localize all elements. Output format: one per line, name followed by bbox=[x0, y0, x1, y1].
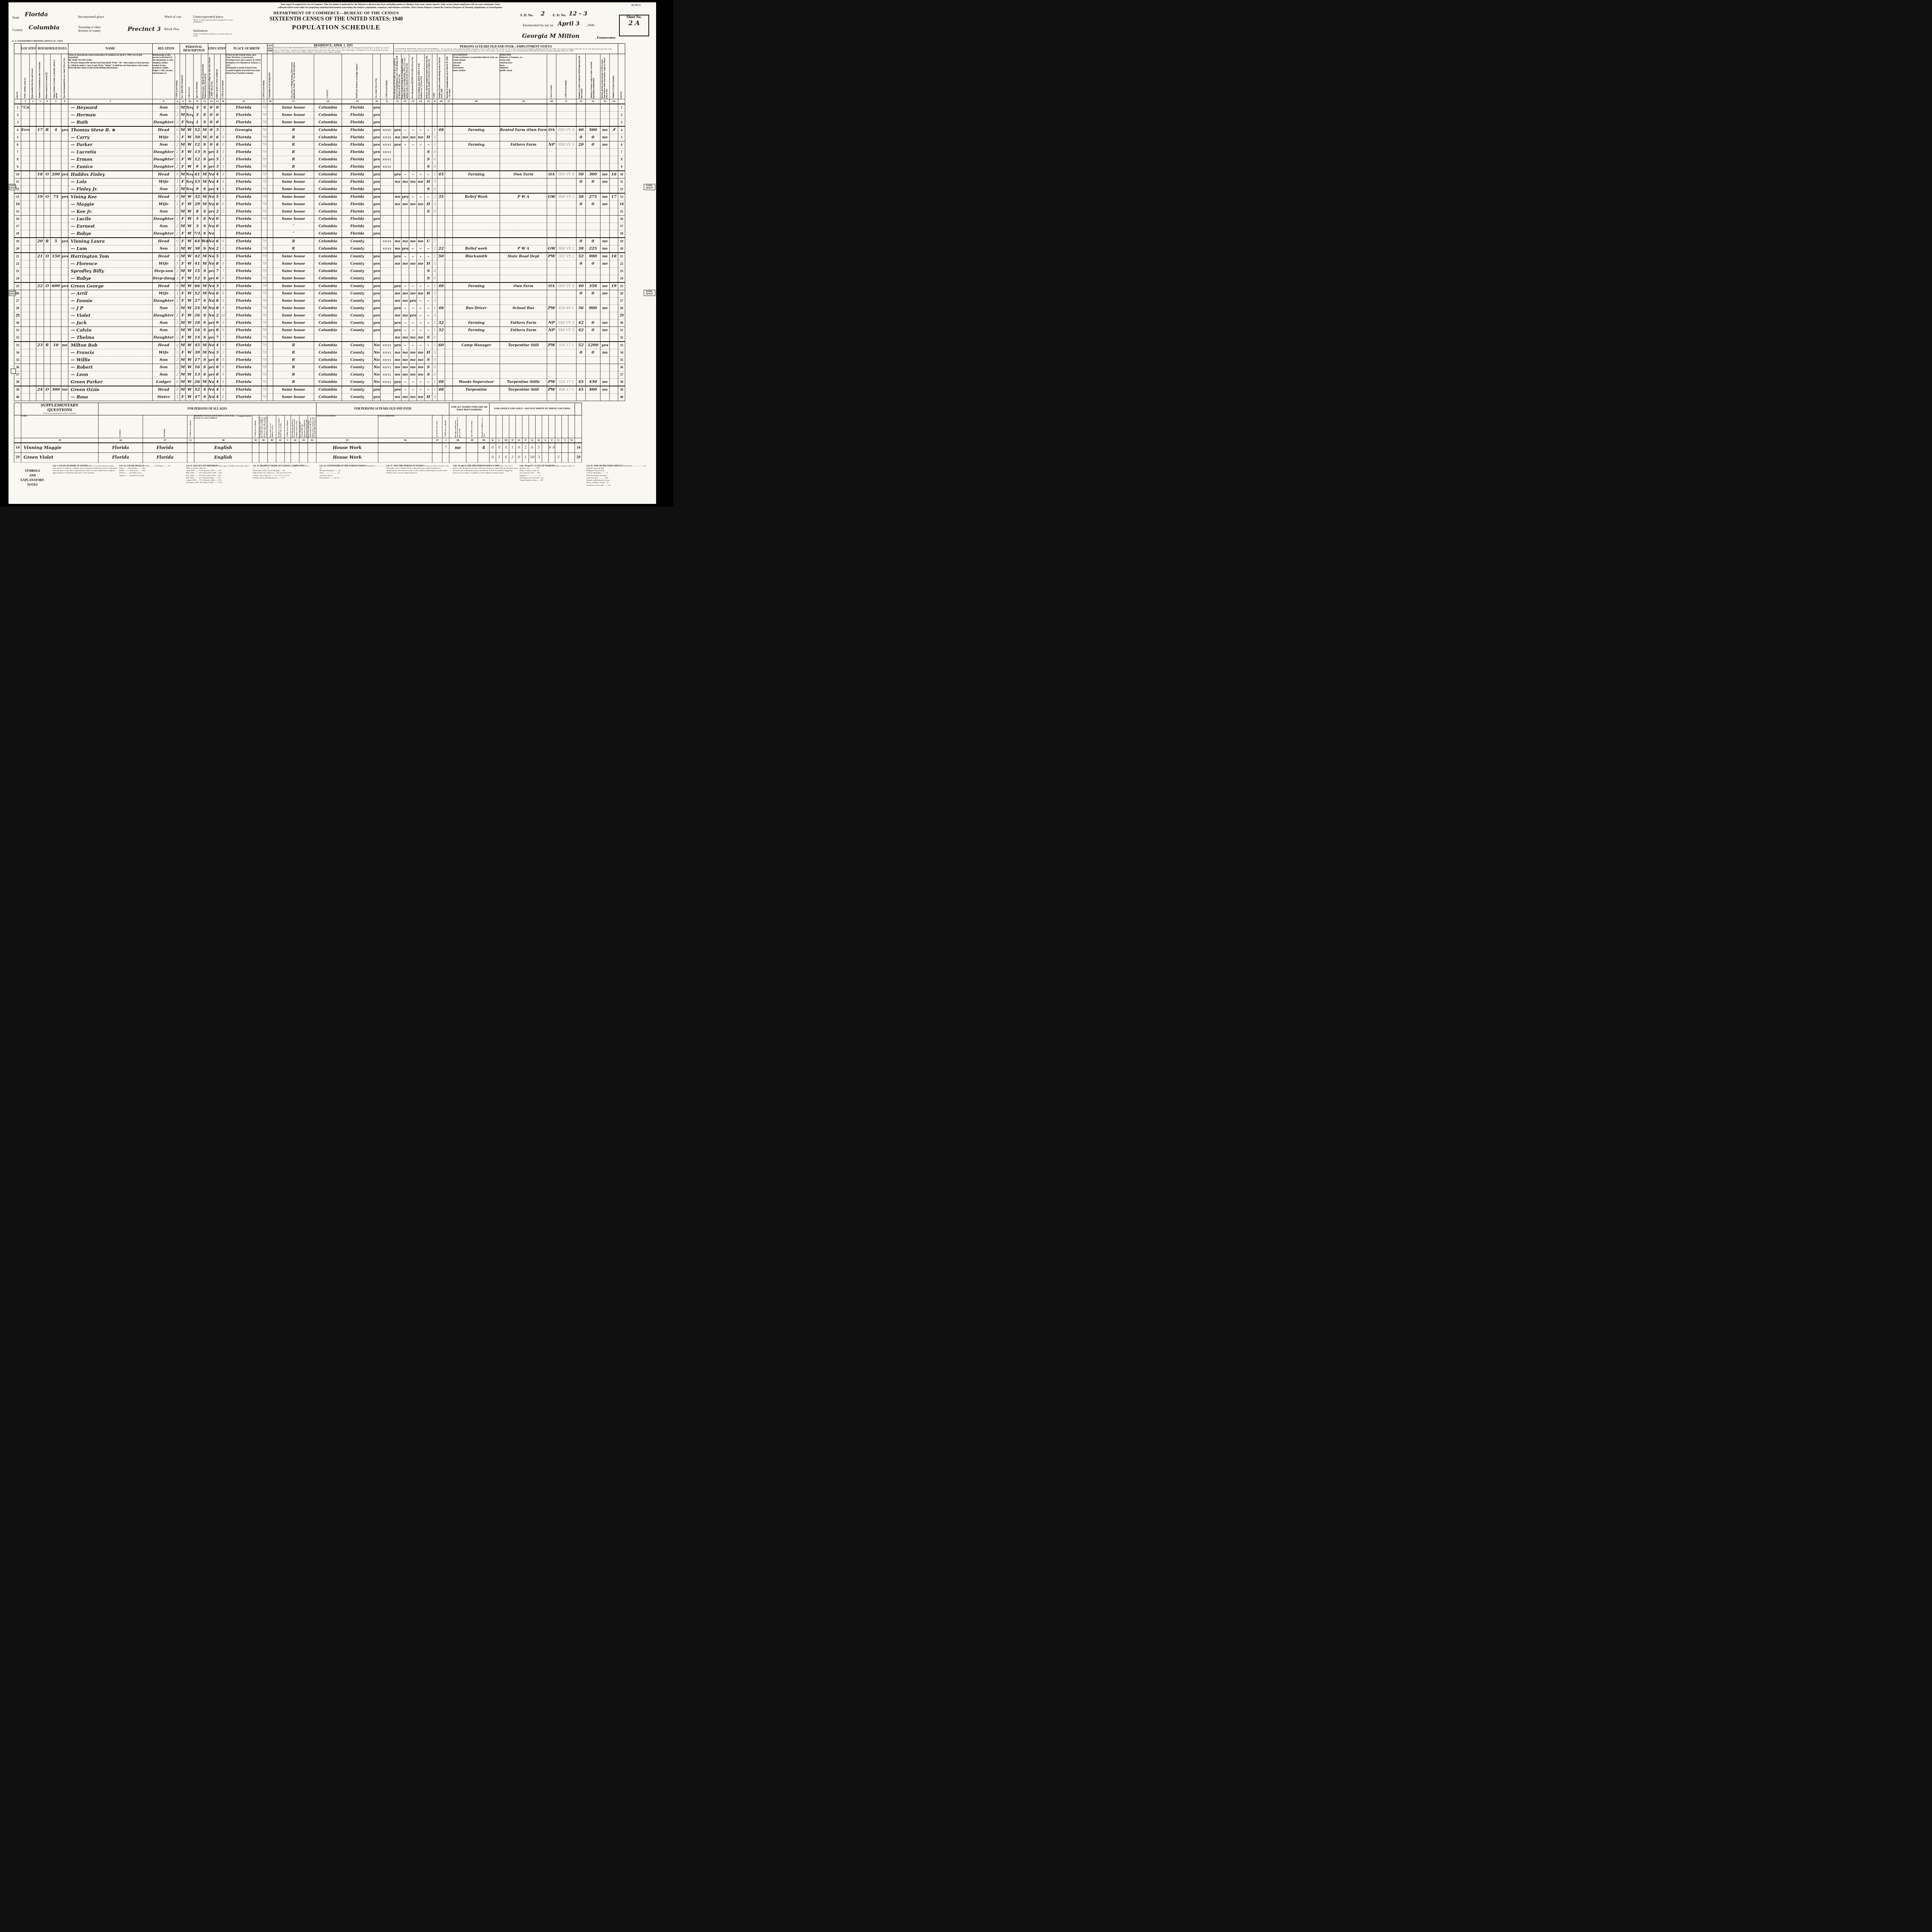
cell-wag: 0 bbox=[586, 141, 600, 148]
cell-house bbox=[30, 319, 36, 327]
cell-oth bbox=[600, 156, 610, 163]
cell-resco: Columbia bbox=[314, 223, 342, 230]
cell-own bbox=[44, 208, 51, 215]
cell-resf: yes bbox=[373, 275, 381, 282]
cell-resc: Same house bbox=[273, 178, 314, 185]
cell-bp: Florida bbox=[226, 349, 262, 356]
suppl-cell-ind bbox=[378, 443, 432, 453]
cell-resf bbox=[373, 238, 381, 245]
cell-q24: no bbox=[417, 334, 425, 342]
cell-street bbox=[21, 245, 30, 253]
cell-q21: yes bbox=[394, 327, 401, 334]
col-number: 10 bbox=[186, 99, 194, 104]
cell-street bbox=[21, 378, 30, 386]
cell-occ bbox=[453, 349, 500, 356]
cell-ln: 20 bbox=[14, 245, 21, 253]
cell-ec bbox=[432, 111, 437, 119]
cell-q21 bbox=[394, 148, 401, 156]
cell-oth bbox=[600, 215, 610, 223]
table-row: 2522O600yesGreen GeorgeHead0MW66MNo33Flo… bbox=[14, 282, 625, 290]
cell-d: XOV1 bbox=[381, 349, 394, 356]
cell-resst: Florida bbox=[342, 193, 373, 201]
cell-d bbox=[381, 319, 394, 327]
cell-oth: no bbox=[600, 253, 610, 260]
cell-race: W bbox=[186, 378, 194, 386]
cell-wag: 275 bbox=[586, 193, 600, 201]
cell-mar: M bbox=[201, 193, 208, 201]
cell-house bbox=[30, 111, 36, 119]
cell-cc: 79 bbox=[262, 267, 267, 275]
cell-fc: 988 V9 2 bbox=[556, 193, 577, 201]
cell-cls: OA bbox=[547, 126, 556, 134]
caption-oth: Did this person receive income of $50 or… bbox=[600, 54, 610, 99]
cell-house bbox=[30, 148, 36, 156]
cell-q23 bbox=[409, 275, 417, 282]
suppl-cell-k4: 2 bbox=[509, 452, 516, 462]
cell-bp: Florida bbox=[226, 230, 262, 238]
cell-resco: Columbia bbox=[314, 148, 342, 156]
cell-ln: 27 bbox=[14, 297, 21, 304]
cell-ln2: 31 bbox=[618, 327, 625, 334]
cell-house bbox=[30, 327, 36, 334]
cell-resf: No bbox=[373, 371, 381, 378]
cell-rc: 0 bbox=[175, 126, 180, 134]
cell-q21: yes bbox=[394, 141, 401, 148]
cell-oth: no bbox=[600, 304, 610, 312]
cell-wks: 0 bbox=[577, 134, 586, 141]
cell-age: 24 bbox=[194, 304, 201, 312]
cell-q22 bbox=[401, 223, 409, 230]
cell-resco: Columbia bbox=[314, 185, 342, 193]
cell-bc: 6 bbox=[221, 238, 226, 245]
cell-oth bbox=[600, 364, 610, 371]
cell-ind bbox=[500, 134, 547, 141]
cell-cls bbox=[547, 393, 556, 401]
cell-resf: yes bbox=[373, 327, 381, 334]
cell-fs bbox=[610, 156, 618, 163]
col-number: 7 bbox=[68, 99, 153, 104]
cell-q25: – bbox=[425, 327, 432, 334]
cell-fs bbox=[610, 134, 618, 141]
suppl-cell-k1: 0 bbox=[490, 452, 496, 462]
cell-house bbox=[30, 238, 36, 245]
cell-ln2: 40 bbox=[618, 393, 625, 401]
suppl-cell-h bbox=[252, 443, 259, 453]
cell-wag bbox=[586, 334, 600, 342]
cell-gr: 5 bbox=[214, 156, 221, 163]
cell-age: 3 bbox=[194, 111, 201, 119]
cell-wks: 0 bbox=[577, 178, 586, 185]
cell-q24: no bbox=[417, 134, 425, 141]
cell-hh bbox=[36, 201, 44, 208]
cell-resf: yes bbox=[373, 163, 381, 171]
cell-val: 10 bbox=[51, 342, 61, 349]
cell-hrs bbox=[437, 178, 445, 185]
cell-street bbox=[21, 238, 30, 245]
cell-age: 41 bbox=[194, 260, 201, 267]
suppl-group-14-over: FOR PERSONS 14 YEARS OLD AND OVER bbox=[316, 403, 449, 415]
cell-bp: Florida bbox=[226, 104, 262, 112]
cell-d bbox=[381, 193, 394, 201]
cell-resf: yes bbox=[373, 393, 381, 401]
cell-ec: 5 bbox=[432, 393, 437, 401]
cell-hrs bbox=[437, 208, 445, 215]
cell-ec: 2 bbox=[432, 193, 437, 201]
cell-bc: 5 bbox=[221, 193, 226, 201]
cell-occ: Farming bbox=[453, 171, 500, 179]
cell-age: 7/12 bbox=[194, 230, 201, 238]
cell-street bbox=[21, 193, 30, 201]
cell-wag: 0 bbox=[586, 319, 600, 327]
suppl-cell-mother: Florida bbox=[143, 452, 187, 462]
cell-house bbox=[30, 126, 36, 134]
cell-oth: no bbox=[600, 245, 610, 253]
cell-d bbox=[381, 260, 394, 267]
cell-oth bbox=[600, 393, 610, 401]
suppl-col-number: U bbox=[555, 438, 562, 443]
cell-sex: M bbox=[180, 371, 186, 378]
cell-ln: 7 bbox=[14, 148, 21, 156]
cell-rel: Son bbox=[153, 185, 175, 193]
form-number: 16-252 A bbox=[631, 4, 641, 7]
suppl-group-women: FOR ALL WOMEN WHO ARE OR HAVE BEEN MARRI… bbox=[449, 403, 490, 415]
cell-ln2: 3 bbox=[618, 119, 625, 126]
cell-cc: 79 bbox=[262, 282, 267, 290]
cell-street: “Contd” bbox=[21, 104, 30, 112]
col-number: 30 bbox=[547, 99, 556, 104]
suppl-cell-cls bbox=[432, 452, 442, 462]
cell-q24: – bbox=[417, 327, 425, 334]
cell-q21: no bbox=[394, 201, 401, 208]
cell-ind: P W A bbox=[500, 245, 547, 253]
cell-q21: no bbox=[394, 193, 401, 201]
cell-ln: 3 bbox=[14, 119, 21, 126]
note-col41-body: World War ....................... W Span… bbox=[586, 465, 646, 486]
cell-fs bbox=[610, 371, 618, 378]
cell-resc: Same house bbox=[273, 327, 314, 334]
cell-wks bbox=[577, 223, 586, 230]
cell-oth: no bbox=[600, 282, 610, 290]
cell-rc: 2 bbox=[175, 111, 180, 119]
cell-farm bbox=[61, 356, 68, 364]
cell-dur bbox=[445, 163, 453, 171]
cell-q22 bbox=[401, 156, 409, 163]
suppl-cell-k6: 2 bbox=[522, 443, 529, 453]
cell-q21 bbox=[394, 215, 401, 223]
table-row: 20— LumSon2MW38SNo22Florida79RColumbiaCo… bbox=[14, 245, 625, 253]
cell-bp: Florida bbox=[226, 156, 262, 163]
cell-hh bbox=[36, 319, 44, 327]
cell-wag: 350 bbox=[586, 282, 600, 290]
suppl-number-row: 353637G38H394041I424344454647J484950KLMN… bbox=[14, 438, 582, 443]
cell-bp: Florida bbox=[226, 148, 262, 156]
cell-fs: ✗ bbox=[610, 126, 618, 134]
cell-age: 12 bbox=[194, 156, 201, 163]
cell-hh bbox=[36, 156, 44, 163]
suppl-col-number: M bbox=[503, 438, 509, 443]
cell-ind: P W A bbox=[500, 193, 547, 201]
cell-d bbox=[381, 111, 394, 119]
table-row: 12— Finley Jr.Son2MNeg9Syes44Florida79Sa… bbox=[14, 185, 625, 193]
cell-hrs bbox=[437, 141, 445, 148]
cell-sex: M bbox=[180, 327, 186, 334]
cell-house bbox=[30, 386, 36, 394]
cell-q21: no bbox=[394, 238, 401, 245]
cell-q22: – bbox=[401, 141, 409, 148]
cell-farm bbox=[61, 267, 68, 275]
col-number: 19 bbox=[342, 99, 373, 104]
cell-rc: 2 bbox=[175, 275, 180, 282]
col-number: 1 bbox=[21, 99, 30, 104]
cell-cls bbox=[547, 297, 556, 304]
cell-att: yes bbox=[208, 364, 214, 371]
cell-race: W bbox=[186, 230, 194, 238]
cell-cit bbox=[267, 156, 273, 163]
cell-q25: H bbox=[425, 393, 432, 401]
cell-ec: 6 bbox=[432, 148, 437, 156]
table-row: 24— RubyeStep-daughter2FW12Syes66Florida… bbox=[14, 275, 625, 282]
cell-fs bbox=[610, 185, 618, 193]
suppl-cell-tongue: English bbox=[194, 443, 252, 453]
cell-cit bbox=[267, 275, 273, 282]
cell-resco: Columbia bbox=[314, 193, 342, 201]
cell-cit bbox=[267, 245, 273, 253]
cell-q25: S bbox=[425, 156, 432, 163]
cell-hh bbox=[36, 275, 44, 282]
cell-hh bbox=[36, 371, 44, 378]
cell-age: 26 bbox=[194, 312, 201, 319]
cell-fs bbox=[610, 312, 618, 319]
cell-name: — Herman bbox=[68, 111, 153, 119]
suppl-col-number: 44 bbox=[308, 438, 316, 443]
col-number: 28 bbox=[453, 99, 500, 104]
table-row: 17— EarnestSon2MW3SNo0Florida″ColumbiaFl… bbox=[14, 223, 625, 230]
cell-rel: Sister bbox=[153, 393, 175, 401]
cell-ec: 6 bbox=[432, 334, 437, 342]
cell-wks: 0 bbox=[577, 201, 586, 208]
caption-cit: Citizenship of the foreign born bbox=[267, 54, 273, 99]
cell-q25: S bbox=[425, 275, 432, 282]
cell-name: — Heyward bbox=[68, 104, 153, 112]
cell-ind bbox=[500, 312, 547, 319]
suppl-col-number: K bbox=[490, 438, 496, 443]
cell-hh bbox=[36, 208, 44, 215]
cell-house bbox=[30, 230, 36, 238]
cell-fc: 316 17 1 bbox=[556, 342, 577, 349]
cell-resst: County bbox=[342, 342, 373, 349]
cell-age: 3 bbox=[194, 223, 201, 230]
cell-resco: Columbia bbox=[314, 178, 342, 185]
cell-cls bbox=[547, 349, 556, 356]
table-row: 1920R5yesVinning LauraHead0FW64WdNo66Flo… bbox=[14, 238, 625, 245]
cell-mar: S bbox=[201, 334, 208, 342]
cell-race: W bbox=[186, 282, 194, 290]
cell-d bbox=[381, 104, 394, 112]
cell-cls: OA bbox=[547, 282, 556, 290]
cell-rc: 2 bbox=[175, 104, 180, 112]
cell-fc: 988 V9 2 bbox=[556, 245, 577, 253]
cell-ind: Fathers Farm bbox=[500, 327, 547, 334]
cell-resco: Columbia bbox=[314, 297, 342, 304]
cell-wag: 0 bbox=[586, 290, 600, 297]
suppl-cell-k5: 0 bbox=[516, 443, 522, 453]
cell-cc: 79 bbox=[262, 201, 267, 208]
cell-bc: 6 bbox=[221, 134, 226, 141]
suppl-caption-ln bbox=[14, 415, 21, 438]
cell-wag: 430 bbox=[586, 378, 600, 386]
caption-street: Street, avenue, road, etc. bbox=[21, 54, 30, 99]
cell-resc: Same house bbox=[273, 275, 314, 282]
cell-val bbox=[51, 267, 61, 275]
cell-fs bbox=[610, 334, 618, 342]
cell-street bbox=[21, 364, 30, 371]
symbols-title: SYMBOLS AND EXPLANATORY NOTES bbox=[14, 465, 51, 487]
cell-ind bbox=[500, 104, 547, 112]
cell-att: No bbox=[208, 312, 214, 319]
cell-fs: 19 bbox=[610, 282, 618, 290]
cell-cit bbox=[267, 282, 273, 290]
cell-sex: M bbox=[180, 141, 186, 148]
cell-val bbox=[51, 178, 61, 185]
cell-q21: yes bbox=[394, 319, 401, 327]
cell-fc bbox=[556, 364, 577, 371]
cell-oth: no bbox=[600, 327, 610, 334]
suppl-cell-k10 bbox=[549, 452, 555, 462]
cell-farm bbox=[61, 223, 68, 230]
cell-sex: F bbox=[180, 312, 186, 319]
cell-oth: yes bbox=[600, 342, 610, 349]
cell-street bbox=[21, 185, 30, 193]
cell-q21 bbox=[394, 163, 401, 171]
state-value: Florida bbox=[25, 11, 48, 18]
cell-bp: Florida bbox=[226, 185, 262, 193]
cell-own bbox=[44, 119, 51, 126]
suppl-col-number: 38 bbox=[194, 438, 252, 443]
cell-sex: M bbox=[180, 267, 186, 275]
cell-race: W bbox=[186, 304, 194, 312]
cell-ln2: 13 bbox=[618, 193, 625, 201]
suppl-cell-k9 bbox=[542, 452, 549, 462]
cell-occ: Farming bbox=[453, 141, 500, 148]
cell-bc: 4 bbox=[221, 178, 226, 185]
gpo-imprint: U. S. GOVERNMENT PRINTING OFFICE 16—1157… bbox=[12, 40, 63, 43]
cell-mar: S bbox=[201, 148, 208, 156]
suppl-caption-ln2 bbox=[575, 415, 582, 438]
cell-wag bbox=[586, 156, 600, 163]
cell-cc: 79 bbox=[262, 319, 267, 327]
note-col11-title: Col. 11. AGE AT LAST BIRTHDAY: bbox=[186, 465, 218, 467]
cell-q21: no bbox=[394, 178, 401, 185]
cell-own bbox=[44, 356, 51, 364]
cell-rc: 5 bbox=[175, 393, 180, 401]
cell-q24: – bbox=[417, 171, 425, 179]
cell-resst: County bbox=[342, 275, 373, 282]
cell-wks bbox=[577, 393, 586, 401]
cell-fc bbox=[556, 201, 577, 208]
cell-resf: yes bbox=[373, 230, 381, 238]
suppl-cell-cls bbox=[432, 443, 442, 453]
cell-race: W bbox=[186, 393, 194, 401]
cell-bp: Florida bbox=[226, 171, 262, 179]
cell-ln: 22 bbox=[14, 260, 21, 267]
cell-resc: R bbox=[273, 356, 314, 364]
cell-resst: County bbox=[342, 393, 373, 401]
cell-resf: yes bbox=[373, 208, 381, 215]
cell-occ: Camp Manager bbox=[453, 342, 500, 349]
cell-wag: 500 bbox=[586, 126, 600, 134]
suppl-caption-s44: If so, were deductions made from (1) all… bbox=[308, 415, 316, 438]
table-row: 34— FrancisWife1FW39MNo33Florida79RColum… bbox=[14, 349, 625, 356]
caption-race: Color or race bbox=[186, 54, 194, 99]
cell-rc: 2 bbox=[175, 119, 180, 126]
col-number: 23 bbox=[409, 99, 417, 104]
cell-sex: F bbox=[180, 290, 186, 297]
cell-hrs: 32 bbox=[437, 319, 445, 327]
cell-q24 bbox=[417, 148, 425, 156]
col-number: 12 bbox=[201, 99, 208, 104]
cell-fs bbox=[610, 386, 618, 394]
suppl-caption-k1 bbox=[490, 415, 496, 438]
cell-cc: 79 bbox=[262, 245, 267, 253]
cell-wks: 0 bbox=[577, 349, 586, 356]
cell-cc: 79 bbox=[262, 349, 267, 356]
cell-resf bbox=[373, 334, 381, 342]
cell-cls bbox=[547, 312, 556, 319]
cell-q22 bbox=[401, 111, 409, 119]
suppl-title-cell: SUPPLEMENTARY QUESTIONS For Persons Enum… bbox=[21, 403, 99, 415]
cell-gr: 2 bbox=[214, 208, 221, 215]
note-col24: Cols. 24 and 25. DID THIS PERSON HAVE A … bbox=[453, 465, 518, 475]
cell-sex: M bbox=[180, 193, 186, 201]
cell-ln: 33 bbox=[14, 342, 21, 349]
cell-street bbox=[21, 267, 30, 275]
cell-own bbox=[44, 275, 51, 282]
cell-q25: – bbox=[425, 282, 432, 290]
cell-q23 bbox=[409, 148, 417, 156]
suppl-col-number: T bbox=[549, 438, 555, 443]
cell-hrs bbox=[437, 267, 445, 275]
cell-cit bbox=[267, 290, 273, 297]
cell-wag: 0 bbox=[586, 327, 600, 334]
cell-mar: M bbox=[201, 290, 208, 297]
cell-farm bbox=[61, 185, 68, 193]
cell-age: 52 bbox=[194, 290, 201, 297]
cell-occ bbox=[453, 163, 500, 171]
suppl-col-number: 46 bbox=[378, 438, 432, 443]
cell-occ bbox=[453, 297, 500, 304]
cell-q22: no bbox=[401, 134, 409, 141]
cell-rel: Son bbox=[153, 327, 175, 334]
enumeration-date: April 3 bbox=[558, 20, 580, 27]
cell-rc: 2 bbox=[175, 230, 180, 238]
cell-fs: 18 bbox=[610, 253, 618, 260]
cell-farm bbox=[61, 141, 68, 148]
suppl-caption-k9 bbox=[542, 415, 549, 438]
cell-q23 bbox=[409, 163, 417, 171]
cell-farm bbox=[61, 319, 68, 327]
cell-val bbox=[51, 319, 61, 327]
cell-mar: M bbox=[201, 134, 208, 141]
caption-hh: Number of household in order of visitati… bbox=[36, 54, 44, 99]
cell-q23: no bbox=[409, 364, 417, 371]
cell-wks bbox=[577, 297, 586, 304]
cell-cit bbox=[267, 185, 273, 193]
cell-race: W bbox=[186, 386, 194, 394]
enumerator-label: , Enumerator. bbox=[595, 36, 616, 39]
cell-att: No bbox=[208, 201, 214, 208]
cell-ec bbox=[432, 230, 437, 238]
cell-race: W bbox=[186, 245, 194, 253]
